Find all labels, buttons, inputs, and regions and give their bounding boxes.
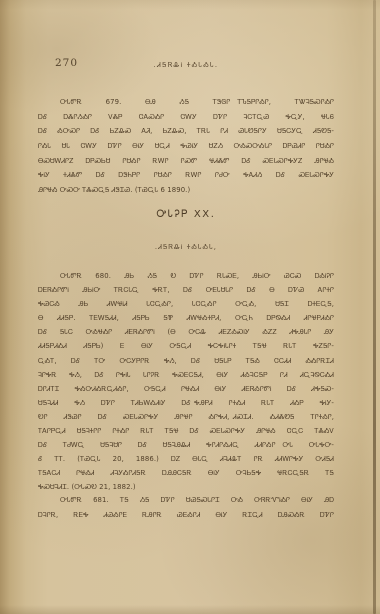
text-line: ᎠᎵᏗᎢᏆ ᎭᎣᎤᏗᎣᎡᏩᏗᎣᎵ, ᎤᎦᏩᏗ ᎵᏠᎣᏗ ᎾᎥᎩ ᏗᎬᏒᎣᎵᏛᎥ …	[38, 382, 334, 396]
section-679: ᎤᏓᏛᎡ 679. ᎾᎯ ᏱᎦ ᎢᏕᎶᎵ ᎢᏖᎦᏢᎵᎣᎵ, ᎢᏔᎸᎦᏍᎵᎣᎵ Ꭰ…	[38, 95, 334, 198]
section-680: ᎤᏓᏛᎡ 680. ᎯᏏ ᏱᎦ Ꭷ ᎠᏤᎵ ᎡᏓᏍᎬ, ᎯᏏᎥᎤ ᏊᏟᏍ ᎠᎣᎥ…	[38, 269, 334, 495]
text-line: ᎠᎴ ᎠᏜᎵᏱᎣᎵ ᏙᏜᏢ ᏣᎪᏍᎣᎵ ᏣᎳᎩ ᎠᏤᎵ ᎸᏟᎢᏩᏊ ᎭᏩᎩ, Ꮰ…	[38, 110, 334, 125]
text-line: ᎭᎥᎩ ᏐᏗᏜᏛ ᎠᎴ ᎠᏕᏂᏢᎵ ᎵᏌᎣᎵ ᎡᎳᎵ ᎵᏧᎤ ᎭᎪᏗᏱ ᎠᎴ Ꮝ…	[38, 168, 334, 183]
text-line: ᏗᏗᎦᏢᏗᎣᏗ ᏗᎦᏢᏏ) Ꭼ ᎾᎥᎩ ᎤᎦᏩᏗ ᎭᏟᎭᎥᏓᎵᏐ ᎢᎦᏠ ᎡᏓᎢ…	[38, 339, 334, 353]
text-line: ᎠᎸᎵᎡ, ᎡᎬᎭ ᏗᏊᎣᎵᎬ ᎡᎯᎵᎡ ᏊᎬᎣᎵᏗ ᎾᎥᎩ ᎡᏆᏩᏗ ᎠᎯᏍᎣ…	[38, 508, 334, 523]
book-page: 270 .ᏗᎦᏒᎲᎥ ᏐᎣᏓᎣᏓ. ᎤᏓᏛᎡ 679. ᎾᎯ ᏱᎦ ᎢᏕᎶᎵ Ꭲ…	[0, 0, 380, 614]
text-line: ᎸᎵᎭᎡ ᎭᏱ, ᎠᎴ ᎵᎭᎥᏓ ᏓᎵᎮᎡ ᎭᏍᎬᏟᎦᏗ, ᎾᎥᎩ ᏗᎣᎸᏟᎦᏢ…	[38, 368, 334, 382]
text-line: ᎭᏊᏟᎣ ᎯᏏ ᏗᎳᏠᎥᏗ ᏓᏣᏩᎣᎵ, ᏓᏣᏩᎣᎵ ᎤᏩᎣ, ᏌᎦᏆ ᎠᏐᎬᏩ…	[38, 297, 334, 311]
text-line: ᎤᏓᏛᎡ 680. ᎯᏏ ᏱᎦ Ꭷ ᎠᏤᎵ ᎡᏓᏍᎬ, ᎯᏏᎥᎤ ᏊᏟᏍ ᎠᎣᎥ…	[38, 269, 334, 283]
text-line: ᎤᏓᏛᎡ 679. ᎾᎯ ᏱᎦ ᎢᏕᎶᎵ ᎢᏖᎦᏢᎵᎣᎵ, ᎢᏔᎸᎦᏍᎵᎣᎵ	[38, 95, 334, 110]
text-line: ᏌᎦᎸᏗᏗ ᎭᏱ ᎠᏤᎵ ᎢᏗᏏᎳᎣᏗᎥᎩ ᎠᎴ ᎭᎯᏢᏗ ᎵᏐᎣᏗ ᎡᏓᎢ Ꮧ…	[38, 396, 334, 410]
chapter-subheading: .ᏗᎦᏒᎲᎥ ᏐᎣᏓᎣᏓ,	[38, 243, 334, 252]
chapter-heading: ᎤᏓᎮᏢ XX.	[38, 209, 334, 220]
text-line: ᎧᎵ ᏗᏕᏊᎵ ᎠᎴ ᏍᎬᏓᏍᎵᎭᎩ ᎯᎵᏠᎵ ᎣᎵᎭᏗ, ᏗᏍᏆᏗ. ᎣᏗᏜᏬ…	[38, 410, 334, 424]
text-line: ᎠᎬᏒᎣᎵᏛᎥ ᎯᏏᎥᎤ ᎢᎡᏟᏓᏩ ᎭᎡᎢ, ᎠᎴ ᎤᎬᏓᏌᏓᎵ ᎠᎴ Ꮎ Ꭰ…	[38, 283, 334, 297]
text-line: ᏩᎣᎢ, ᎠᎴ ᎢᎤ ᎤᏟᎩᏢᎵᎡ ᎭᏱ, ᎠᎴ ᏌᎦᏓᏢ ᎢᎦᎣ ᏣᏟᏗᏗ Ꭳ…	[38, 354, 334, 368]
running-head: .ᏗᎦᏒᎲᎥ ᏐᎣᏓᎣᏓ.	[38, 61, 334, 70]
text-line: ᎠᎴ ᎦᏓᏟ ᎤᎣᏠᎣᎵ ᏗᎬᏒᎣᎵᏛᎥ (Ꮎ ᎤᏟᎲ ᏗᎬᏃᎣᏍᎥᎩ ᎣᏃᏃ …	[38, 325, 334, 339]
text-line: ᎠᎴ ᎣᎤᏍᎵ ᎠᎴ ᏏᏃᎲᏍ ᎪᏘ, ᏏᏃᎲᏍ, ᎢᎡᏓ ᎵᏗ ᏊᏓᏬᎦᎵᎩ …	[38, 124, 334, 139]
text-line: ᎤᏓᏛᎡ 681. ᎢᎦ ᏱᎦ ᎠᏤᎵ ᏌᏊᎦᏍᏓᎵᏆ ᎤᎣ ᎤᏒᎡᏉᎥᎣᎵ Ꮎ…	[38, 493, 334, 508]
text-line: ᎢᎦᎪᏟᏗ ᎵᏠᎣᏗ ᏗᎸᎩᎣᎵᏗᎦᎡ ᎠᎯᎯᏟᎦᎡ ᎾᎥᎩ ᎤᎸᏏᎦᎭ ᏠᎡᏟ…	[38, 466, 334, 480]
text-line: ᎢᎪᎵᏢᏩᏗ ᏌᎦᎸᏐᎵᎵ ᎵᏐᎣᎵ ᎡᏓᎢ ᎢᎦᏠ ᎠᎴ ᏍᎬᏓᏍᎵᎭᎩ ᎯᎵ…	[38, 424, 334, 438]
text-line: Ꮄ ᎢᎢ. (ᎢᏯᏩᏓ 20, 1886.) ᎠᏃ ᎾᏓᏩ ᏗᎸᏗᎲᎢ ᎵᎡ Ꮧ…	[38, 452, 334, 466]
page-edge-shadow	[373, 0, 376, 614]
text-line: ᎯᎵᏠᎣ ᎤᏍᎤ ᎢᏜᏍᏩᎦ ᏗᏕᏆᏊ. (ᎢᏯᏩᏓ 6 1890.)	[38, 183, 334, 198]
section-681: ᎤᏓᏛᎡ 681. ᎢᎦ ᏱᎦ ᎠᏤᎵ ᏌᏊᎦᏍᏓᎵᏆ ᎤᎣ ᎤᏒᎡᏉᎥᎣᎵ Ꮎ…	[38, 493, 334, 522]
text-line: ᎾᏍᏌᎳᏗᎵᏃ ᎠᏢᏍᏏᏌ ᎵᏌᎣᎵ ᎡᎳᎵ ᎵᏍᏛ ᏠᏗᏜᏛ ᎠᎴ ᏍᎬᏓᏍᎵ…	[38, 154, 334, 169]
text-line: ᎠᎴ ᎢᏧᎳᏩ ᏌᎦᎸᏌᎵ ᎠᎴ ᏌᎦᎸᎯᎲᏗ ᎭᎵᏗᎵᎣᏗᏩ ᏗᏗᎵᎣᎵ ᎤᏓ…	[38, 438, 334, 452]
text-line: ᎵᎣᏓ ᏌᏓ ᏣᎳᎩ ᎠᏤᎵ ᎾᎥᎩ ᏌᏩᏗ ᎭᏊᎥᎩ ᏌᏃᏱ ᎤᎣᏍᎤᎣᏓᎵ …	[38, 139, 334, 154]
text-line: Ꮎ ᏗᏗᎦᏢ. ᎢᎬᎳᎦᏗᏗ, ᏗᎦᏢᏏ ᎦᏈ ᏗᎳᏠᎣᏐᏢᏗ, ᎤᏩᏂ ᎠᏢᏫ…	[38, 311, 334, 325]
